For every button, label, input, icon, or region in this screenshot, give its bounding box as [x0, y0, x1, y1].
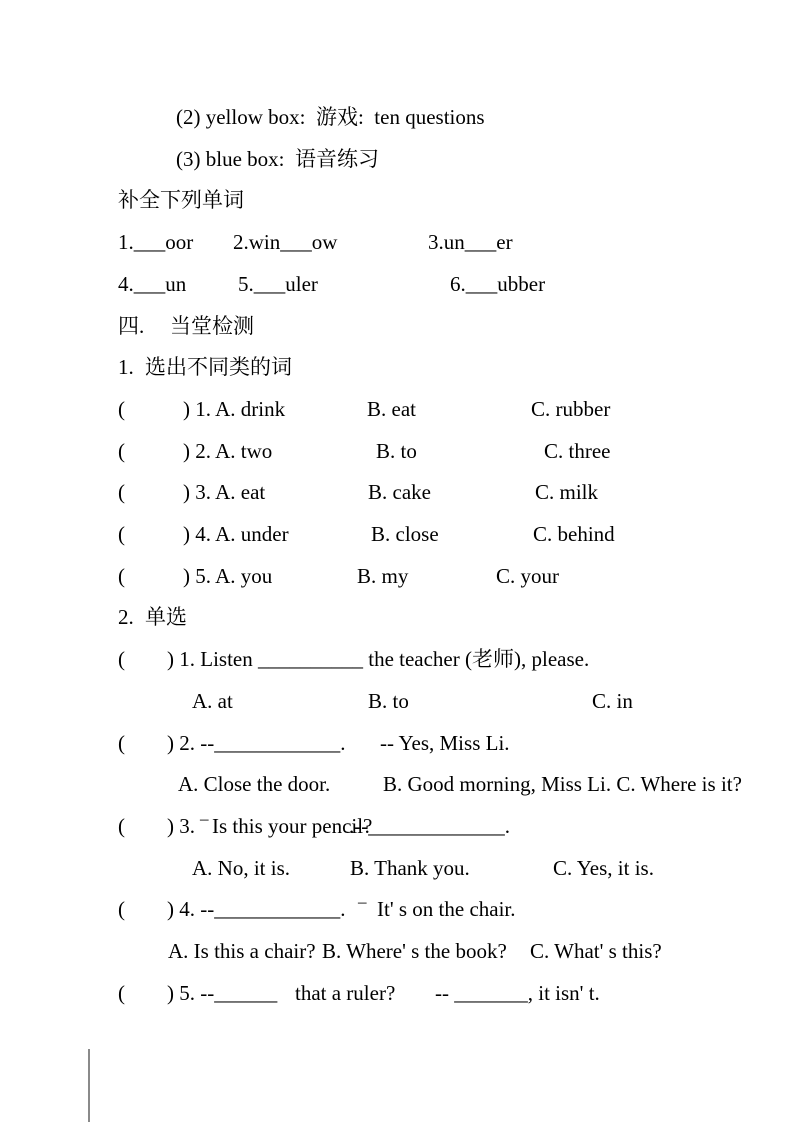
option-b: B. Where' s the book? [322, 938, 507, 964]
prep-yellow-box-text: (2) yellow box: 游戏: ten questions [176, 104, 485, 130]
question-stem: ) 2. --____________. [167, 730, 345, 756]
question-stem: ) 3. A. eat [183, 479, 265, 505]
mc-q3-options: A. No, it is.B. Thank you.C. Yes, it is. [0, 855, 793, 883]
answer-paren-open: ( [118, 438, 125, 464]
mc-q4: () 4. --____________.–It' s on the chair… [0, 896, 793, 924]
word-blank-6: 6.___ubber [450, 271, 545, 297]
question-reply: -- _______, it isn' t. [435, 980, 600, 1006]
mc-q3: () 3.–Is this your pencil?.--___________… [0, 813, 793, 841]
answer-paren-open: ( [118, 980, 125, 1006]
option-c: C. behind [533, 521, 615, 547]
word-blank-2: 2.win___ow [233, 229, 337, 255]
exercise-2-number: 2. [118, 604, 134, 630]
option-a: A. Close the door. [178, 771, 330, 797]
option-c: C. milk [535, 479, 598, 505]
exercise-2-label: 单选 [145, 604, 187, 630]
answer-paren-open: ( [118, 396, 125, 422]
speaker-dash: – [200, 806, 209, 832]
option-a: A. Is this a chair? [168, 938, 316, 964]
prep-blue-box: (3) blue box: 语音练习 [0, 146, 793, 174]
question-stem-cont: that a ruler? [295, 980, 395, 1006]
answer-paren-open: ( [118, 896, 125, 922]
option-b: B. cake [368, 479, 431, 505]
mc-q5: () 5. --______that a ruler?-- _______, i… [0, 980, 793, 1008]
question-stem: ) 4. --____________. [167, 896, 345, 922]
word-blank-1: 1.___oor [118, 229, 193, 255]
prep-blue-box-text: (3) blue box: 语音练习 [176, 146, 379, 172]
option-c: C. three [544, 438, 610, 464]
question-reply: -- Yes, Miss Li. [380, 730, 510, 756]
question-stem: ) 4. A. under [183, 521, 289, 547]
odd-one-out-q4: () 4. A. underB. closeC. behind [0, 521, 793, 549]
option-b: B. to [376, 438, 417, 464]
mc-q4-options: A. Is this a chair?B. Where' s the book?… [0, 938, 793, 966]
answer-paren-open: ( [118, 563, 125, 589]
question-reply: It' s on the chair. [377, 896, 516, 922]
section-4-title: 四.当堂检测 [0, 313, 793, 341]
mc-q1: () 1. Listen __________ the teacher (老师)… [0, 646, 793, 674]
complete-words-title-text: 补全下列单词 [118, 187, 244, 213]
exercise-2-title: 2.单选 [0, 604, 793, 632]
question-stem: ) 5. A. you [183, 563, 272, 589]
option-b: B. eat [367, 396, 416, 422]
answer-paren-open: ( [118, 813, 125, 839]
word-blank-4: 4.___un [118, 271, 186, 297]
complete-words-title: 补全下列单词 [0, 187, 793, 215]
question-stem: ) 2. A. two [183, 438, 272, 464]
word-blank-5: 5.___uler [238, 271, 318, 297]
option-b: B. Thank you. [350, 855, 470, 881]
option-c: C. your [496, 563, 559, 589]
mc-q2-options: A. Close the door.B. Good morning, Miss … [0, 771, 793, 799]
exercise-1-number: 1. [118, 354, 134, 380]
question-stem: ) 1. Listen __________ the teacher (老师),… [167, 646, 589, 672]
odd-one-out-q3: () 3. A. eatB. cakeC. milk [0, 479, 793, 507]
speaker-dash: – [358, 889, 367, 915]
option-b-c: B. Good morning, Miss Li. C. Where is it… [383, 771, 742, 797]
question-blank: .--_____________. [349, 813, 510, 839]
option-c: C. What' s this? [530, 938, 662, 964]
word-blank-3: 3.un___er [428, 229, 513, 255]
option-b: B. my [357, 563, 408, 589]
option-b: B. close [371, 521, 439, 547]
option-c: C. rubber [531, 396, 610, 422]
option-c: C. Yes, it is. [553, 855, 654, 881]
worksheet-page: (2) yellow box: 游戏: ten questions(3) blu… [0, 0, 793, 1122]
exercise-1-label: 选出不同类的词 [145, 354, 292, 380]
section-4-number: 四. [118, 313, 144, 339]
question-stem: ) 1. A. drink [183, 396, 285, 422]
section-4-label: 当堂检测 [170, 313, 254, 339]
answer-paren-open: ( [118, 730, 125, 756]
odd-one-out-q2: () 2. A. twoB. toC. three [0, 438, 793, 466]
answer-paren-open: ( [118, 521, 125, 547]
option-a: A. No, it is. [192, 855, 290, 881]
mc-q2: () 2. --____________.-- Yes, Miss Li. [0, 730, 793, 758]
prep-yellow-box: (2) yellow box: 游戏: ten questions [0, 104, 793, 132]
option-c: C. in [592, 688, 633, 714]
scan-artifact-line [88, 1049, 90, 1122]
question-stem: ) 5. --______ [167, 980, 277, 1006]
odd-one-out-q5: () 5. A. youB. myC. your [0, 563, 793, 591]
option-a: A. at [192, 688, 233, 714]
answer-paren-open: ( [118, 646, 125, 672]
complete-words-row-1: 1.___oor2.win___ow3.un___er [0, 229, 793, 257]
complete-words-row-2: 4.___un5.___uler6.___ubber [0, 271, 793, 299]
odd-one-out-q1: () 1. A. drinkB. eatC. rubber [0, 396, 793, 424]
option-b: B. to [368, 688, 409, 714]
mc-q1-options: A. atB. toC. in [0, 688, 793, 716]
answer-paren-open: ( [118, 479, 125, 505]
question-number: ) 3. [167, 813, 195, 839]
exercise-1-title: 1.选出不同类的词 [0, 354, 793, 382]
